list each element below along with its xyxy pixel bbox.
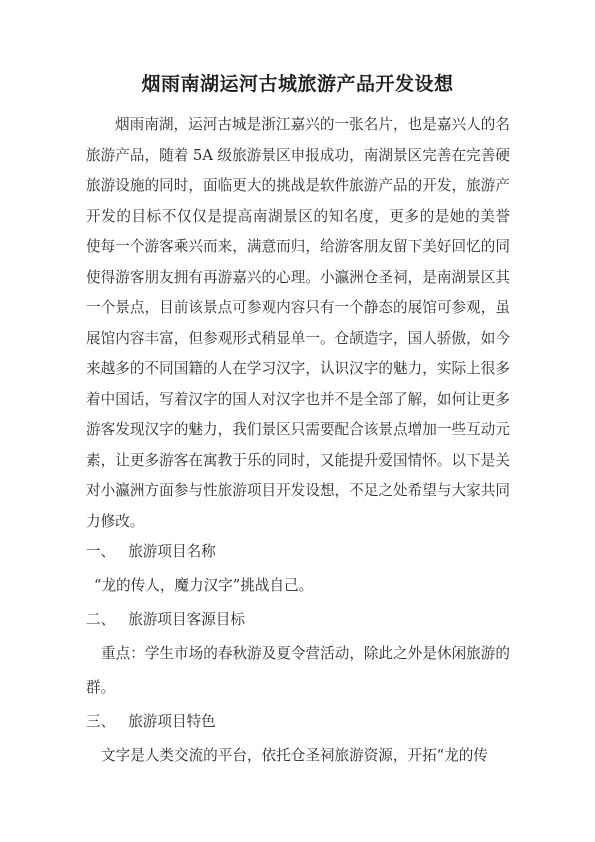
section-number: 二、 — [86, 603, 115, 637]
paragraph-line: 使每一个游客乘兴而来，满意而归，给游客朋友留下美好回忆的同时， — [86, 232, 510, 263]
section-heading-3: 三、旅游项目特色 — [86, 705, 510, 739]
paragraph-line: 来越多的不同国籍的人在学习汉字，认识汉字的魅力，实际上很多说 — [86, 354, 510, 385]
document-title: 烟雨南湖运河古城旅游产品开发设想 — [0, 71, 595, 97]
section-number: 一、 — [86, 535, 115, 569]
section-number: 三、 — [86, 705, 115, 739]
paragraph-line: 素，让更多游客在寓教于乐的同时，又能提升爱国情怀。以下是关于 — [86, 446, 510, 477]
section-heading-label: 旅游项目名称 — [128, 543, 216, 560]
paragraph-line: 着中国话，写着汉字的国人对汉字也并不是全部了解，如何让更多的 — [86, 385, 510, 416]
paragraph-line: 展馆内容丰富，但参观形式稍显单一。仓颉造字，国人骄傲，如今越 — [86, 324, 510, 355]
paragraph-line: 力修改。 — [86, 507, 510, 538]
paragraph-line: 对小瀛洲方面参与性旅游项目开发设想，不足之处希望与大家共同努 — [86, 476, 510, 507]
paragraph-line: 烟雨南湖，运河古城是浙江嘉兴的一张名片，也是嘉兴人的名牌 — [86, 110, 510, 141]
section-heading-1: 一、旅游项目名称 — [86, 535, 510, 569]
numbered-sections: 一、旅游项目名称 “龙的传人，魔力汉字”挑战自己。 二、旅游项目客源目标 重点：… — [86, 535, 510, 773]
paragraph-line: 一个景点，目前该景点可参观内容只有一个静态的展馆可参观，虽然 — [86, 293, 510, 324]
section-heading-label: 旅游项目特色 — [128, 713, 216, 730]
section-2-content-line: 重点：学生市场的春秋游及夏令营活动，除此之外是休闲旅游的人 — [86, 637, 510, 671]
section-1-content-line: “龙的传人，魔力汉字”挑战自己。 — [86, 569, 510, 603]
paragraph-line: 使得游客朋友拥有再游嘉兴的心理。小瀛洲仓圣祠，是南湖景区其中 — [86, 263, 510, 294]
section-2-content-line: 群。 — [86, 671, 510, 705]
paragraph-line: 旅游设施的同时，面临更大的挑战是软件旅游产品的开发，旅游产品 — [86, 171, 510, 202]
intro-paragraph: 烟雨南湖，运河古城是浙江嘉兴的一张名片，也是嘉兴人的名牌 旅游产品，随着 5A … — [86, 110, 510, 537]
paragraph-line: 开发的目标不仅仅是提高南湖景区的知名度，更多的是她的美誉度， — [86, 202, 510, 233]
paragraph-line: 游客发现汉字的魅力，我们景区只需要配合该景点增加一些互动元 — [86, 415, 510, 446]
document-page: 烟雨南湖运河古城旅游产品开发设想 烟雨南湖，运河古城是浙江嘉兴的一张名片，也是嘉… — [0, 0, 595, 842]
section-3-content-line: 文字是人类交流的平台，依托仓圣祠旅游资源，开拓“龙的传人， — [86, 739, 510, 773]
section-heading-2: 二、旅游项目客源目标 — [86, 603, 510, 637]
paragraph-line: 旅游产品，随着 5A 级旅游景区申报成功，南湖景区完善在完善硬件 — [86, 141, 510, 172]
section-heading-label: 旅游项目客源目标 — [128, 611, 245, 628]
